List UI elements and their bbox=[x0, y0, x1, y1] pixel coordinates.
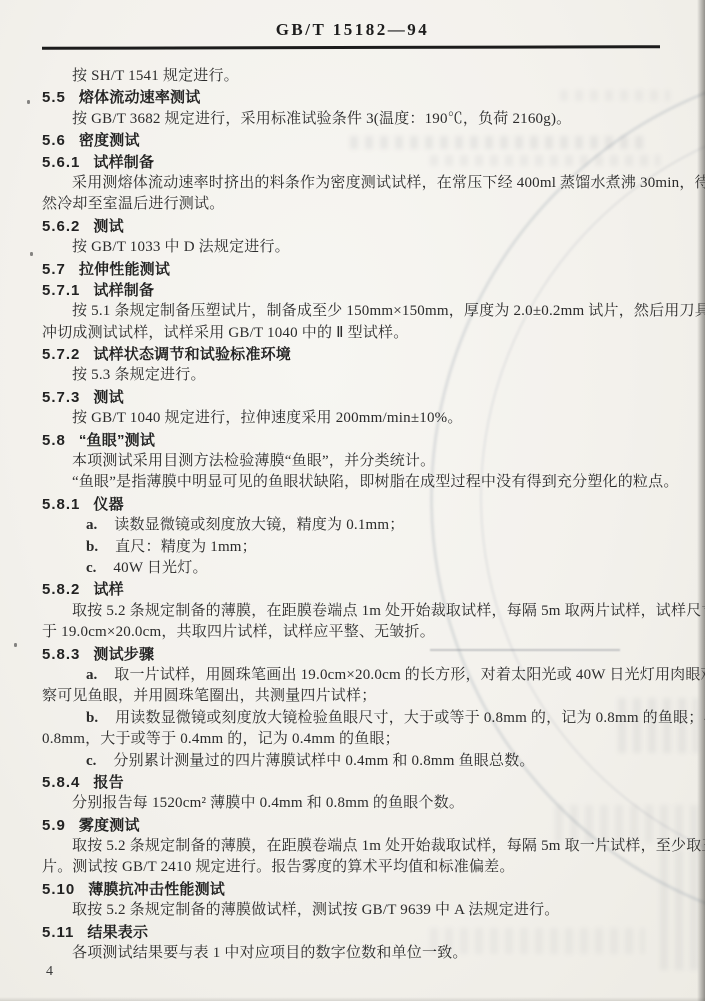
clause-heading: 5.10薄膜抗冲击性能测试 bbox=[42, 879, 666, 900]
list-marker: b. bbox=[86, 710, 98, 726]
document-page: GB/T 15182—94 按 SH/T 1541 规定进行。5.5熔体流动速率… bbox=[0, 0, 705, 1001]
line-text: 按 GB/T 1040 规定进行，拉伸速度采用 200mm/min±10%。 bbox=[42, 410, 463, 426]
line-text: 按 GB/T 1033 中 D 法规定进行。 bbox=[42, 239, 290, 255]
text-line: 本项测试采用目测方法检验薄膜“鱼眼”，并分类统计。 bbox=[42, 451, 666, 472]
text-line: 采用测熔体流动速率时挤出的料条作为密度测试试样，在常压下经 400ml 蒸馏水煮… bbox=[42, 173, 666, 194]
line-text: 取按 5.2 条规定制备的薄膜，在距膜卷端点 1m 处开始裁取试样，每隔 5m … bbox=[42, 603, 705, 619]
text-line: b.用读数显微镜或刻度放大镜检验鱼眼尺寸，大于或等于 0.8mm 的，记为 0.… bbox=[42, 708, 666, 729]
text-line: 取按 5.2 条规定制备的薄膜，在距膜卷端点 1m 处开始裁取试样，每隔 5m … bbox=[42, 836, 666, 857]
line-text: 按 GB/T 3682 规定进行，采用标准试验条件 3(温度：190℃，负荷 2… bbox=[42, 111, 571, 127]
scan-edge-shadow-right bbox=[697, 0, 705, 1001]
line-text: 片。测试按 GB/T 2410 规定进行。报告雾度的算术平均值和标准偏差。 bbox=[42, 859, 515, 875]
line-text: 察可见鱼眼，并用圆珠笔圈出，共测量四片试样； bbox=[42, 688, 376, 704]
text-line: 按 GB/T 1033 中 D 法规定进行。 bbox=[42, 237, 666, 258]
list-marker: b. bbox=[86, 539, 98, 555]
standard-number: GB/T 15182—94 bbox=[276, 20, 430, 39]
clause-number: 5.8 bbox=[42, 430, 66, 451]
line-text: 报告 bbox=[93, 774, 123, 791]
clause-heading: 5.8.3测试步骤 bbox=[42, 644, 666, 665]
line-text: 分别报告每 1520cm² 薄膜中 0.4mm 和 0.8mm 的鱼眼个数。 bbox=[42, 795, 464, 811]
page-number: 4 bbox=[46, 964, 53, 980]
text-line: 各项测试结果要与表 1 中对应项目的数字位数和单位一致。 bbox=[42, 943, 666, 964]
text-line: 取按 5.2 条规定制备的薄膜做试样，测试按 GB/T 9639 中 A 法规定… bbox=[42, 900, 666, 921]
clause-heading: 5.5熔体流动速率测试 bbox=[42, 87, 666, 108]
clause-number: 5.7 bbox=[42, 259, 66, 280]
line-text: “鱼眼”是指薄膜中明显可见的鱼眼状缺陷，即树脂在成型过程中没有得到充分塑化的粒点… bbox=[42, 474, 679, 490]
text-line: c.40W 日光灯。 bbox=[42, 558, 666, 579]
header-rule bbox=[42, 45, 660, 50]
clause-heading: 5.8.1仪器 bbox=[42, 494, 666, 515]
clause-heading: 5.8.2试样 bbox=[42, 579, 666, 600]
line-text: 雾度测试 bbox=[79, 817, 140, 834]
clause-number: 5.6.1 bbox=[42, 152, 80, 173]
line-text: 拉伸性能测试 bbox=[79, 261, 170, 278]
page-header: GB/T 15182—94 bbox=[0, 20, 705, 40]
document-body: 按 SH/T 1541 规定进行。5.5熔体流动速率测试按 GB/T 3682 … bbox=[42, 66, 666, 964]
scan-edge-shadow-bottom bbox=[0, 997, 705, 1001]
list-marker: a. bbox=[86, 517, 97, 533]
line-text: 薄膜抗冲击性能测试 bbox=[88, 881, 225, 898]
line-text: 取一片试样，用圆珠笔画出 19.0cm×20.0cm 的长方形，对着太阳光或 4… bbox=[114, 667, 705, 683]
text-line: 冲切成测试试样，试样采用 GB/T 1040 中的 Ⅱ 型试样。 bbox=[42, 323, 666, 344]
text-line: 按 5.1 条规定制备压塑试片，制备成至少 150mm×150mm，厚度为 2.… bbox=[42, 301, 666, 322]
line-text: 熔体流动速率测试 bbox=[79, 89, 201, 106]
clause-heading: 5.7拉伸性能测试 bbox=[42, 259, 666, 280]
line-text: 分别累计测量过的四片薄膜试样中 0.4mm 和 0.8mm 鱼眼总数。 bbox=[113, 753, 534, 769]
clause-heading: 5.7.3测试 bbox=[42, 387, 666, 408]
clause-number: 5.11 bbox=[42, 922, 74, 943]
text-line: 然冷却至室温后进行测试。 bbox=[42, 194, 666, 215]
line-text: 各项测试结果要与表 1 中对应项目的数字位数和单位一致。 bbox=[42, 945, 468, 961]
clause-number: 5.8.2 bbox=[42, 579, 80, 600]
line-text: 测试 bbox=[93, 218, 123, 235]
clause-number: 5.9 bbox=[42, 815, 66, 836]
clause-number: 5.7.2 bbox=[42, 344, 80, 365]
clause-number: 5.10 bbox=[42, 879, 75, 900]
clause-heading: 5.8.4报告 bbox=[42, 772, 666, 793]
line-text: 按 SH/T 1541 规定进行。 bbox=[42, 68, 239, 84]
clause-heading: 5.7.1试样制备 bbox=[42, 280, 666, 301]
line-text: 试样 bbox=[93, 581, 123, 598]
clause-number: 5.5 bbox=[42, 87, 66, 108]
line-text: 读数显微镜或刻度放大镜，精度为 0.1mm； bbox=[114, 517, 404, 533]
clause-number: 5.7.3 bbox=[42, 387, 80, 408]
text-line: 按 5.3 条规定进行。 bbox=[42, 365, 666, 386]
line-text: 0.8mm，大于或等于 0.4mm 的，记为 0.4mm 的鱼眼； bbox=[42, 731, 400, 747]
clause-number: 5.7.1 bbox=[42, 280, 80, 301]
line-text: 直尺：精度为 1mm； bbox=[115, 539, 257, 555]
list-marker: a. bbox=[86, 667, 97, 683]
line-text: 然冷却至室温后进行测试。 bbox=[42, 196, 224, 212]
line-text: 取按 5.2 条规定制备的薄膜做试样，测试按 GB/T 9639 中 A 法规定… bbox=[42, 902, 560, 918]
text-line: 0.8mm，大于或等于 0.4mm 的，记为 0.4mm 的鱼眼； bbox=[42, 729, 666, 750]
clause-number: 5.6 bbox=[42, 130, 66, 151]
clause-heading: 5.6.2测试 bbox=[42, 216, 666, 237]
clause-number: 5.8.4 bbox=[42, 772, 80, 793]
line-text: 试样状态调节和试验标准环境 bbox=[93, 346, 291, 363]
text-line: “鱼眼”是指薄膜中明显可见的鱼眼状缺陷，即树脂在成型过程中没有得到充分塑化的粒点… bbox=[42, 472, 666, 493]
line-text: 冲切成测试试样，试样采用 GB/T 1040 中的 Ⅱ 型试样。 bbox=[42, 325, 408, 341]
text-line: c.分别累计测量过的四片薄膜试样中 0.4mm 和 0.8mm 鱼眼总数。 bbox=[42, 751, 666, 772]
text-line: 按 GB/T 1040 规定进行，拉伸速度采用 200mm/min±10%。 bbox=[42, 408, 666, 429]
line-text: 本项测试采用目测方法检验薄膜“鱼眼”，并分类统计。 bbox=[42, 453, 435, 469]
line-text: 采用测熔体流动速率时挤出的料条作为密度测试试样，在常压下经 400ml 蒸馏水煮… bbox=[42, 175, 705, 191]
line-text: 测试步骤 bbox=[93, 646, 154, 663]
text-line: 于 19.0cm×20.0cm，共取四片试样，试样应平整、无皱折。 bbox=[42, 622, 666, 643]
line-text: 按 5.3 条规定进行。 bbox=[42, 367, 206, 383]
clause-number: 5.8.3 bbox=[42, 644, 80, 665]
line-text: 试样制备 bbox=[93, 282, 154, 299]
text-line: 取按 5.2 条规定制备的薄膜，在距膜卷端点 1m 处开始裁取试样，每隔 5m … bbox=[42, 601, 666, 622]
clause-number: 5.6.2 bbox=[42, 216, 80, 237]
scan-speck bbox=[27, 100, 30, 104]
line-text: 取按 5.2 条规定制备的薄膜，在距膜卷端点 1m 处开始裁取试样，每隔 5m … bbox=[42, 838, 705, 854]
line-text: 测试 bbox=[93, 389, 123, 406]
text-line: 片。测试按 GB/T 2410 规定进行。报告雾度的算术平均值和标准偏差。 bbox=[42, 857, 666, 878]
text-line: a.读数显微镜或刻度放大镜，精度为 0.1mm； bbox=[42, 515, 666, 536]
line-text: 40W 日光灯。 bbox=[113, 560, 207, 576]
scan-speck bbox=[14, 643, 17, 647]
clause-heading: 5.6.1试样制备 bbox=[42, 152, 666, 173]
clause-heading: 5.8“鱼眼”测试 bbox=[42, 430, 666, 451]
text-line: 按 SH/T 1541 规定进行。 bbox=[42, 66, 666, 87]
line-text: 于 19.0cm×20.0cm，共取四片试样，试样应平整、无皱折。 bbox=[42, 624, 435, 640]
line-text: 结果表示 bbox=[87, 924, 148, 941]
line-text: 密度测试 bbox=[79, 132, 140, 149]
text-line: 按 GB/T 3682 规定进行，采用标准试验条件 3(温度：190℃，负荷 2… bbox=[42, 109, 666, 130]
line-text: 用读数显微镜或刻度放大镜检验鱼眼尺寸，大于或等于 0.8mm 的，记为 0.8m… bbox=[115, 710, 705, 726]
line-text: “鱼眼”测试 bbox=[79, 432, 155, 449]
text-line: 分别报告每 1520cm² 薄膜中 0.4mm 和 0.8mm 的鱼眼个数。 bbox=[42, 793, 666, 814]
clause-heading: 5.6密度测试 bbox=[42, 130, 666, 151]
list-marker: c. bbox=[86, 753, 96, 769]
line-text: 按 5.1 条规定制备压塑试片，制备成至少 150mm×150mm，厚度为 2.… bbox=[42, 303, 705, 319]
list-marker: c. bbox=[86, 560, 96, 576]
text-line: b.直尺：精度为 1mm； bbox=[42, 537, 666, 558]
text-line: 察可见鱼眼，并用圆珠笔圈出，共测量四片试样； bbox=[42, 686, 666, 707]
ink-bleed-smudge bbox=[660, 850, 700, 970]
line-text: 仪器 bbox=[93, 496, 123, 513]
clause-number: 5.8.1 bbox=[42, 494, 80, 515]
line-text: 试样制备 bbox=[93, 154, 154, 171]
clause-heading: 5.9雾度测试 bbox=[42, 815, 666, 836]
clause-heading: 5.11结果表示 bbox=[42, 922, 666, 943]
text-line: a.取一片试样，用圆珠笔画出 19.0cm×20.0cm 的长方形，对着太阳光或… bbox=[42, 665, 666, 686]
clause-heading: 5.7.2试样状态调节和试验标准环境 bbox=[42, 344, 666, 365]
scan-speck bbox=[30, 252, 33, 256]
